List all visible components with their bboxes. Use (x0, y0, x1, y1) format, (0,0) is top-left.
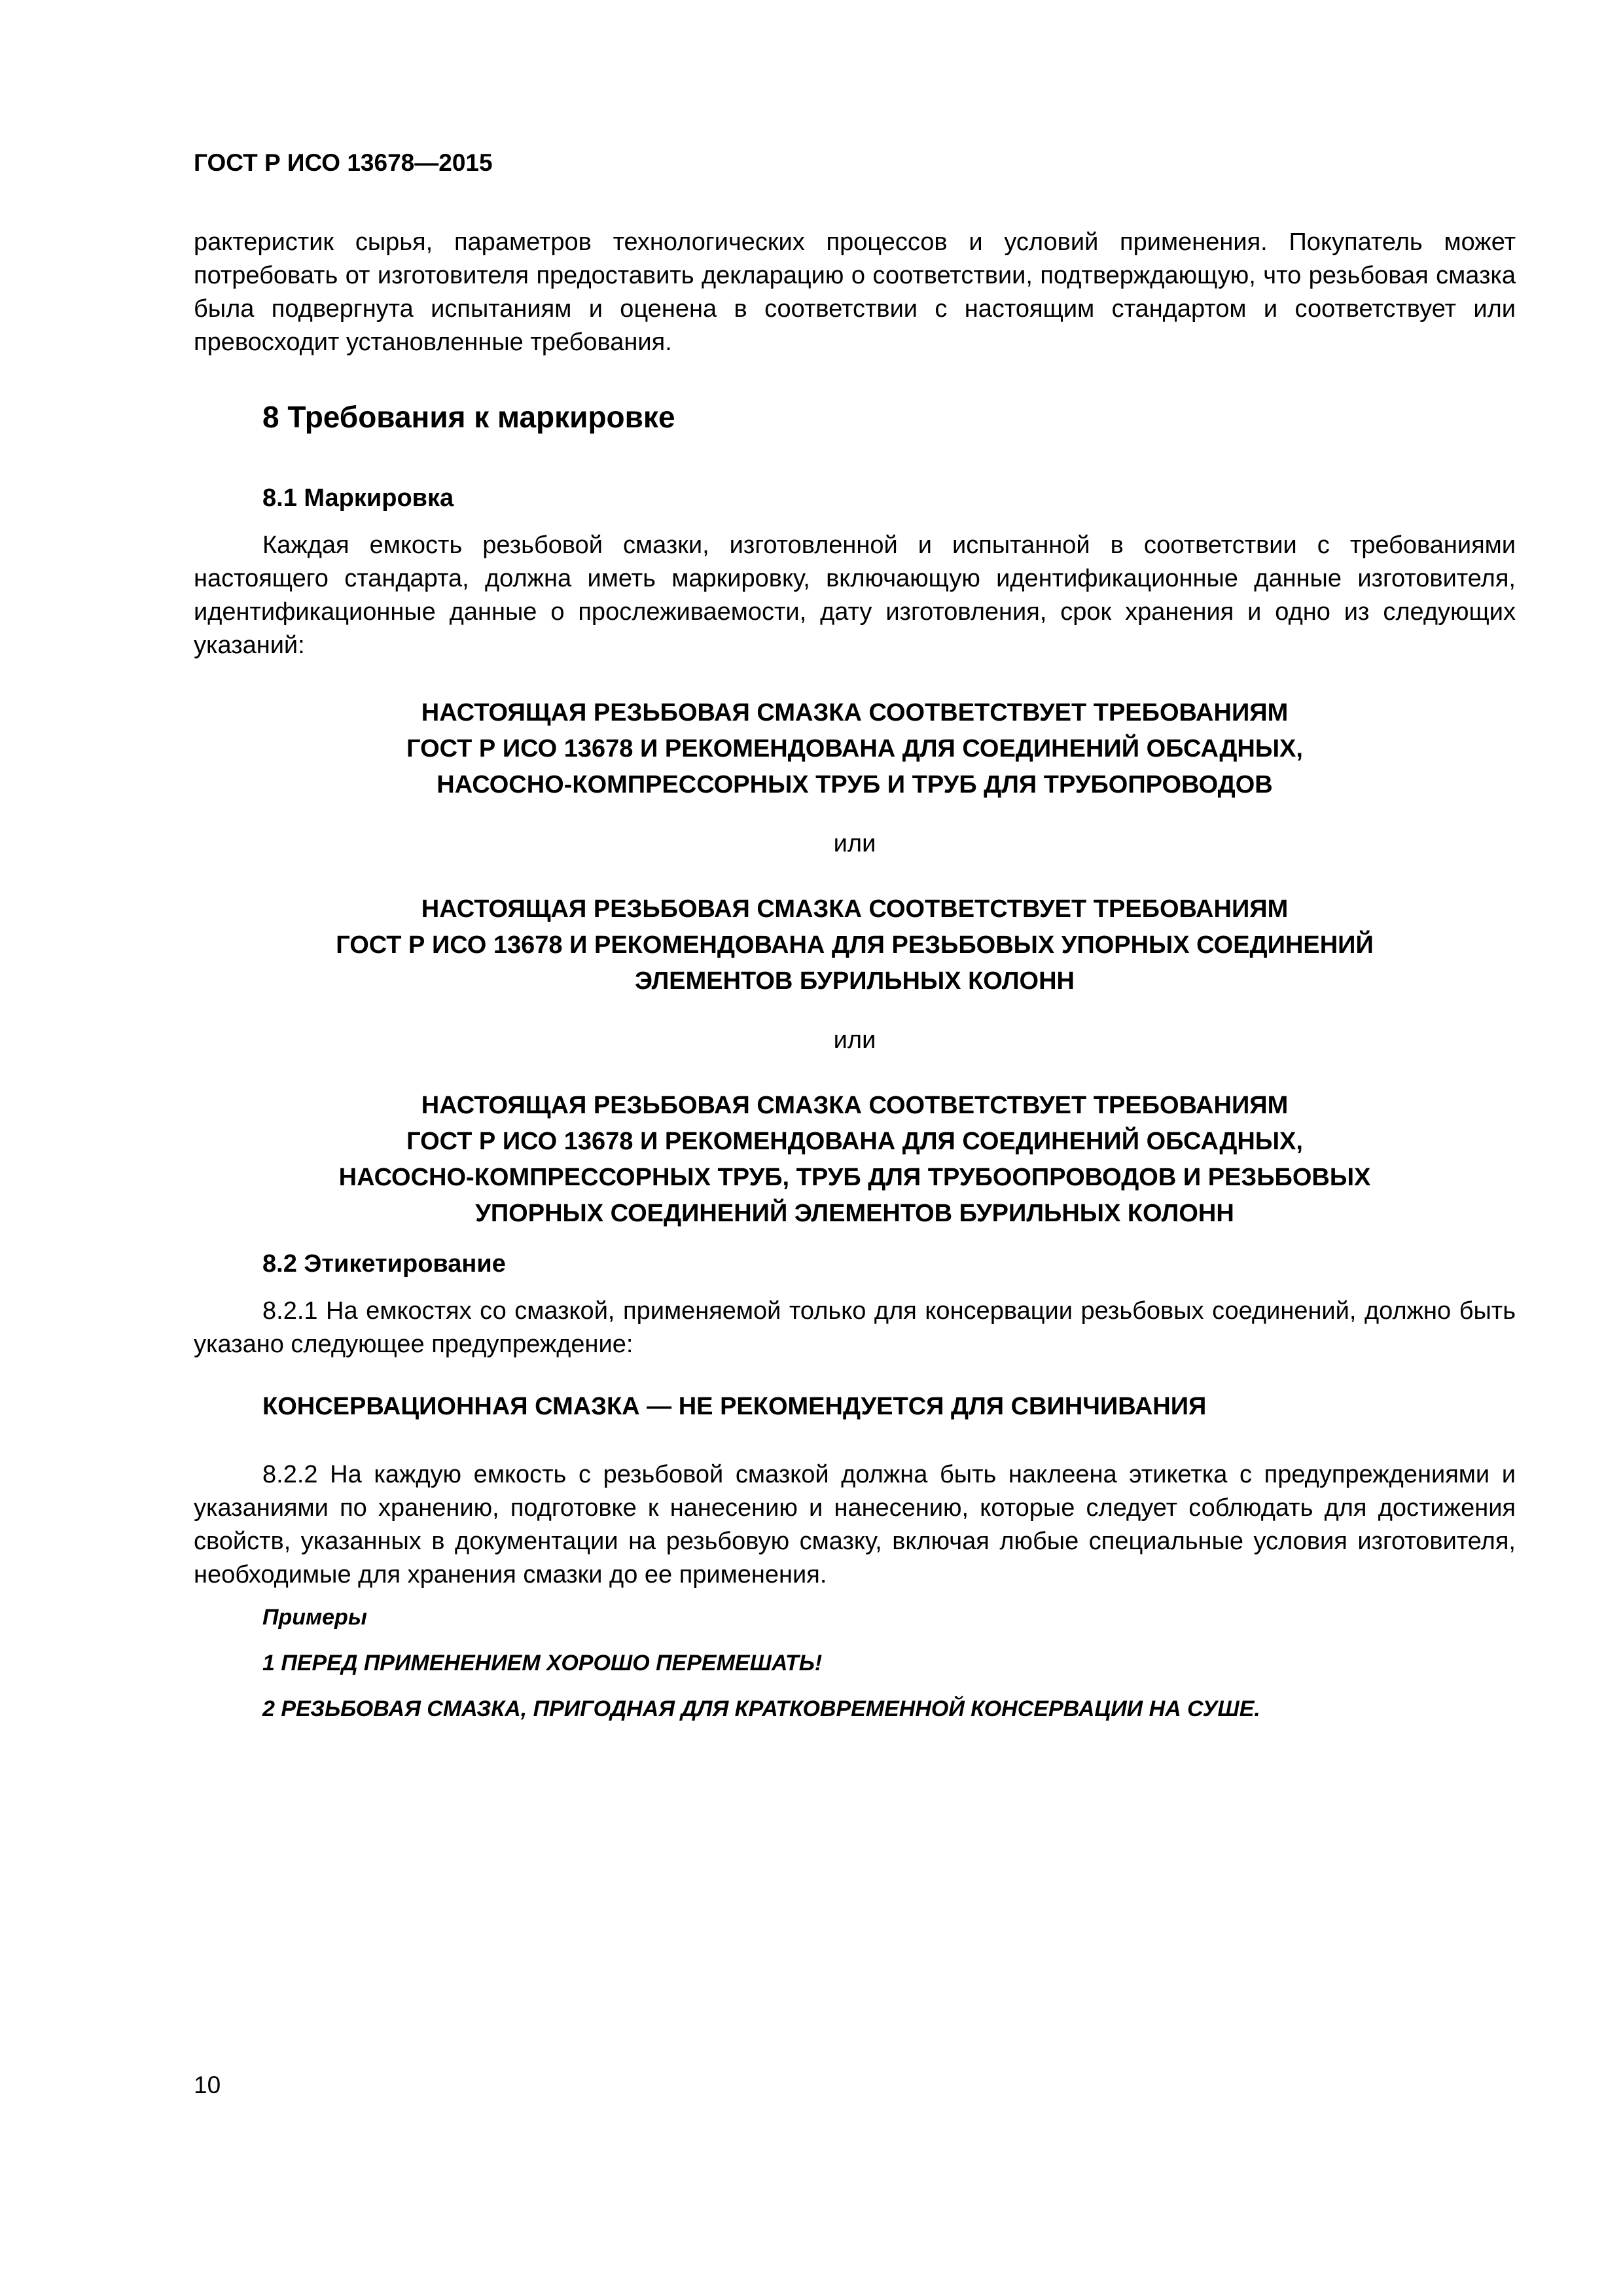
statement-line: НАСТОЯЩАЯ РЕЗЬБОВАЯ СМАЗКА СООТВЕТСТВУЕТ… (194, 695, 1516, 731)
statement-line: ГОСТ Р ИСО 13678 И РЕКОМЕНДОВАНА ДЛЯ СОЕ… (194, 731, 1516, 767)
marking-statement-2: НАСТОЯЩАЯ РЕЗЬБОВАЯ СМАЗКА СООТВЕТСТВУЕТ… (194, 891, 1516, 999)
section-8-1-title: 8.1 Маркировка (194, 484, 1584, 512)
statement-line: УПОРНЫХ СОЕДИНЕНИЙ ЭЛЕМЕНТОВ БУРИЛЬНЫХ К… (194, 1196, 1516, 1232)
statement-line: ГОСТ Р ИСО 13678 И РЕКОМЕНДОВАНА ДЛЯ РЕЗ… (194, 927, 1516, 963)
marking-statement-3: НАСТОЯЩАЯ РЕЗЬБОВАЯ СМАЗКА СООТВЕТСТВУЕТ… (194, 1088, 1516, 1232)
intro-paragraph: рактеристик сырья, параметров технологич… (194, 226, 1516, 359)
examples-label: Примеры (194, 1605, 1584, 1630)
page-number: 10 (194, 2072, 221, 2099)
section-8-2-2-paragraph: 8.2.2 На каждую емкость с резьбовой смаз… (194, 1458, 1516, 1592)
marking-statement-1: НАСТОЯЩАЯ РЕЗЬБОВАЯ СМАЗКА СООТВЕТСТВУЕТ… (194, 695, 1516, 803)
statement-line: НАСТОЯЩАЯ РЕЗЬБОВАЯ СМАЗКА СООТВЕТСТВУЕТ… (194, 891, 1516, 927)
statement-line: НАСОСНО-КОМПРЕССОРНЫХ ТРУБ, ТРУБ ДЛЯ ТРУ… (194, 1160, 1516, 1196)
section-8-title: 8 Требования к маркировке (194, 399, 1584, 435)
document-code-header: ГОСТ Р ИСО 13678—2015 (194, 149, 493, 177)
or-separator: или (194, 1026, 1516, 1054)
example-item-2: 2 РЕЗЬБОВАЯ СМАЗКА, ПРИГОДНАЯ ДЛЯ КРАТКО… (194, 1696, 1584, 1722)
statement-line: ГОСТ Р ИСО 13678 И РЕКОМЕНДОВАНА ДЛЯ СОЕ… (194, 1124, 1516, 1160)
statement-line: НАСОСНО-КОМПРЕССОРНЫХ ТРУБ И ТРУБ ДЛЯ ТР… (194, 767, 1516, 803)
section-8-2-title: 8.2 Этикетирование (194, 1250, 1584, 1278)
statement-line: ЭЛЕМЕНТОВ БУРИЛЬНЫХ КОЛОНН (194, 963, 1516, 999)
preservation-warning: КОНСЕРВАЦИОННАЯ СМАЗКА — НЕ РЕКОМЕНДУЕТС… (194, 1393, 1584, 1421)
section-8-2-1-paragraph: 8.2.1 На емкостях со смазкой, применяемо… (194, 1295, 1516, 1361)
section-8-1-paragraph: Каждая емкость резьбовой смазки, изготов… (194, 529, 1516, 662)
example-item-1: 1 ПЕРЕД ПРИМЕНЕНИЕМ ХОРОШО ПЕРЕМЕШАТЬ! (194, 1651, 1584, 1676)
or-separator: или (194, 830, 1516, 858)
statement-line: НАСТОЯЩАЯ РЕЗЬБОВАЯ СМАЗКА СООТВЕТСТВУЕТ… (194, 1088, 1516, 1124)
